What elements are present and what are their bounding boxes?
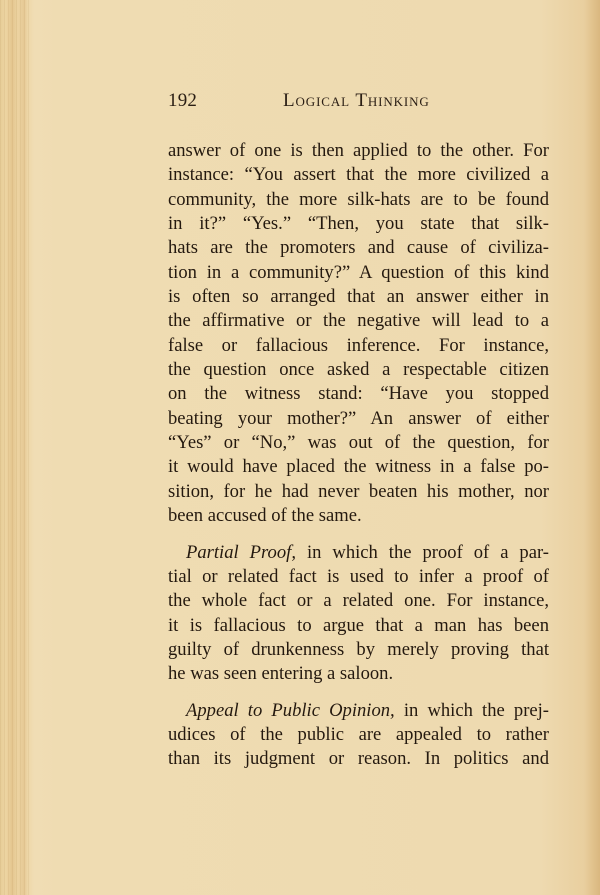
text-line: the whole fact or a related one. For ins… xyxy=(168,589,549,613)
text-line: answer of one is then applied to the oth… xyxy=(168,139,549,163)
text-line: false or fallacious inference. For insta… xyxy=(168,334,549,358)
text-line: on the witness stand: “Have you stopped xyxy=(168,382,549,406)
text-line: it would have placed the witness in a fa… xyxy=(168,455,549,479)
text-line-first: Appeal to Public Opinion, in which the p… xyxy=(168,699,549,723)
paragraph-gap xyxy=(168,529,549,541)
text-line: instance: “You assert that the more civi… xyxy=(168,163,549,187)
text-fragment: in which the prej- xyxy=(395,700,549,721)
text-line: udices of the public are appealed to rat… xyxy=(168,723,549,747)
running-header: 192 Logical Thinking xyxy=(168,90,548,114)
text-line: been accused of the same. xyxy=(168,504,549,528)
text-line: the affirmative or the negative will lea… xyxy=(168,309,549,333)
text-line-first: Partial Proof, in which the proof of a p… xyxy=(168,541,549,565)
book-page: 192 Logical Thinking answer of one is th… xyxy=(0,0,600,895)
text-line: community, the more silk-hats are to be … xyxy=(168,188,549,212)
paragraph-gap xyxy=(168,687,549,699)
text-line: than its judgment or reason. In politics… xyxy=(168,747,549,771)
text-line: tion in a community?” A question of this… xyxy=(168,261,549,285)
term-partial-proof: Partial Proof, xyxy=(186,542,296,563)
text-line: guilty of drunkenness by merely proving … xyxy=(168,638,549,662)
text-line: “Yes” or “No,” was out of the question, … xyxy=(168,431,549,455)
text-line: he was seen entering a saloon. xyxy=(168,662,549,686)
text-fragment: in which the proof of a par- xyxy=(296,542,549,563)
text-line: hats are the promoters and cause of civi… xyxy=(168,236,549,260)
paragraph-appeal-public-opinion: Appeal to Public Opinion, in which the p… xyxy=(168,699,549,772)
term-appeal-to-public-opinion: Appeal to Public Opinion, xyxy=(186,700,395,721)
paragraph-partial-proof: Partial Proof, in which the proof of a p… xyxy=(168,541,549,687)
text-line: it is fallacious to argue that a man has… xyxy=(168,614,549,638)
running-title: Logical Thinking xyxy=(283,90,430,112)
body-text: answer of one is then applied to the oth… xyxy=(168,139,549,772)
text-line: beating your mother?” An answer of eithe… xyxy=(168,407,549,431)
page-gutter xyxy=(0,0,30,895)
page-number: 192 xyxy=(168,90,197,112)
text-line: is often so arranged that an answer eith… xyxy=(168,285,549,309)
text-line: sition, for he had never beaten his moth… xyxy=(168,480,549,504)
text-line: in it?” “Yes.” “Then, you state that sil… xyxy=(168,212,549,236)
paragraph-continued-fallacy: answer of one is then applied to the oth… xyxy=(168,139,549,529)
text-line: tial or related fact is used to infer a … xyxy=(168,565,549,589)
text-line: the question once asked a respectable ci… xyxy=(168,358,549,382)
